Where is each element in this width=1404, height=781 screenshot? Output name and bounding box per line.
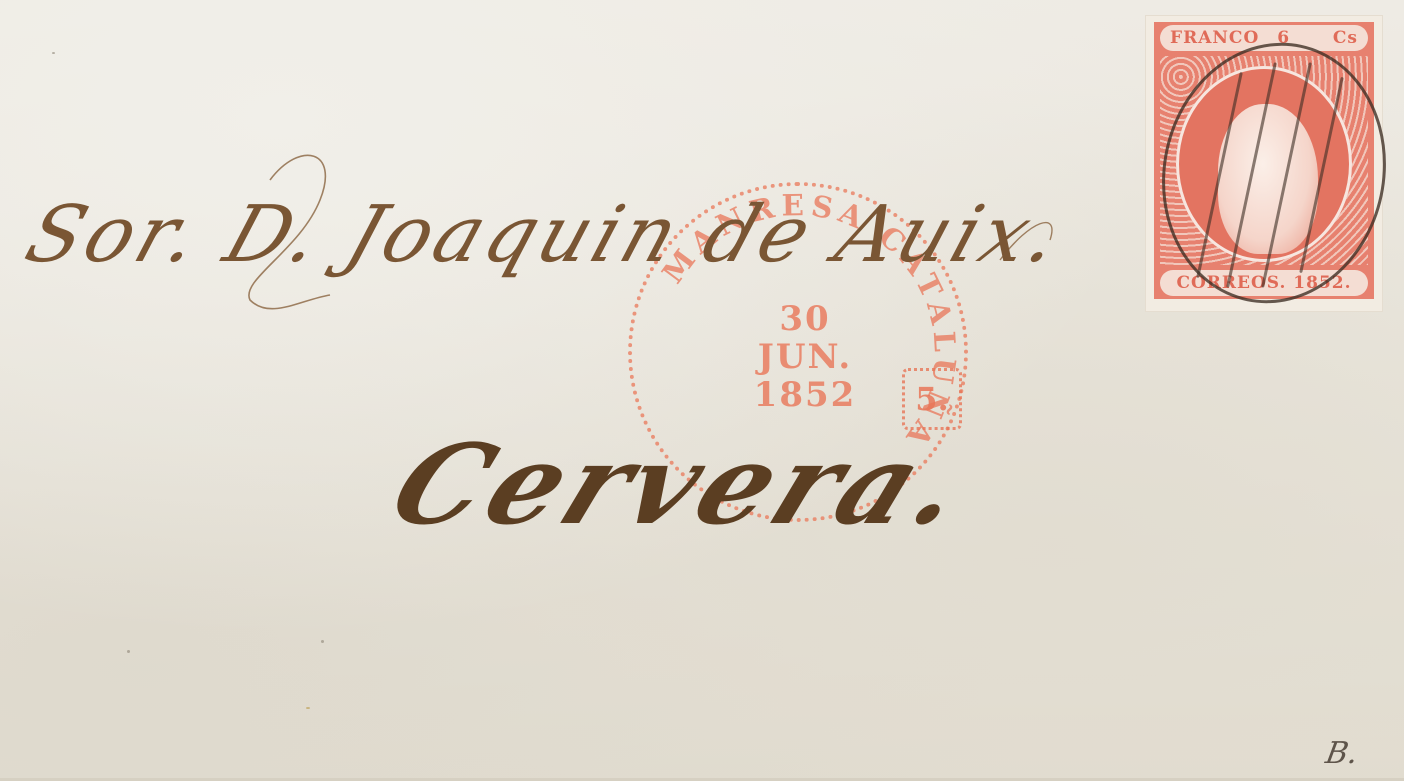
pencil-annotation: B.	[1323, 736, 1361, 771]
destination-city: Cervera.	[374, 420, 991, 549]
handwriting-flourishes	[0, 0, 1404, 781]
addressee-line: Sor. D. Joaquin de Auix.	[15, 190, 1074, 280]
